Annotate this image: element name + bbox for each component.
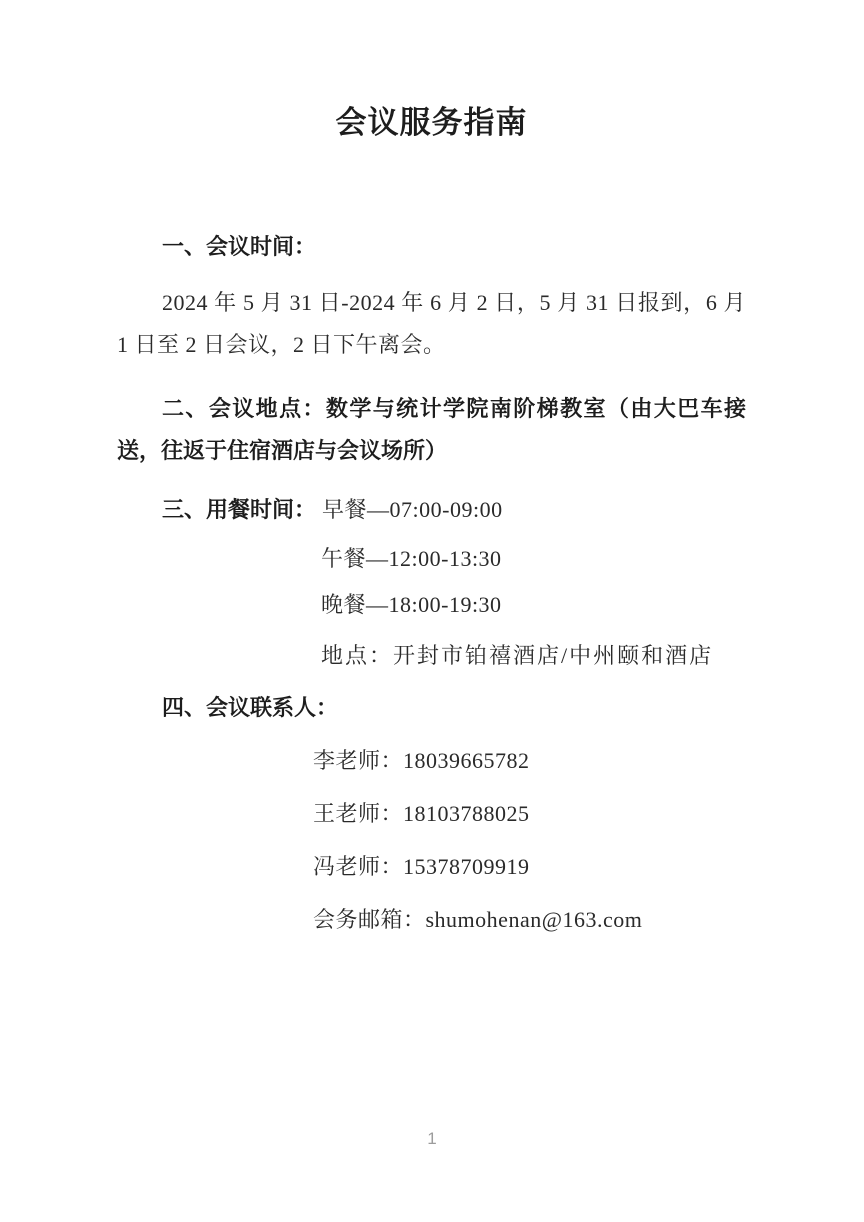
- section-time-heading: 一、会议时间：: [117, 231, 746, 262]
- document-content: 会议服务指南 一、会议时间： 2024 年 5 月 31 日-2024 年 6 …: [0, 0, 864, 935]
- contact-item: 李老师：18039665782: [313, 745, 746, 776]
- contact-item: 王老师：18103788025: [313, 798, 746, 829]
- meal-item-lunch: 午餐—12:00-13:30: [321, 543, 746, 574]
- section-meals-row: 三、用餐时间：早餐—07:00-09:00: [117, 494, 746, 528]
- page-number: 1: [0, 1127, 864, 1151]
- section-location-text: 二、会议地点：数学与统计学院南阶梯教室（由大巴车接送，往返于住宿酒店与会议场所）: [117, 388, 746, 472]
- meal-item-dinner: 晚餐—18:00-19:30: [321, 589, 746, 620]
- contact-item-email: 会务邮箱：shumohenan@163.com: [313, 904, 746, 935]
- document-page: 会议服务指南 一、会议时间： 2024 年 5 月 31 日-2024 年 6 …: [0, 0, 864, 1222]
- page-title: 会议服务指南: [117, 0, 746, 145]
- section-meals-heading: 三、用餐时间：: [162, 497, 316, 522]
- contact-item: 冯老师：15378709919: [313, 851, 746, 882]
- section-time-body: 2024 年 5 月 31 日-2024 年 6 月 2 日，5 月 31 日报…: [117, 282, 746, 366]
- section-contacts-heading: 四、会议联系人：: [117, 692, 746, 723]
- meal-venue: 地点：开封市铂禧酒店/中州颐和酒店: [321, 640, 746, 671]
- meal-item-breakfast: 早餐—07:00-09:00: [322, 497, 503, 522]
